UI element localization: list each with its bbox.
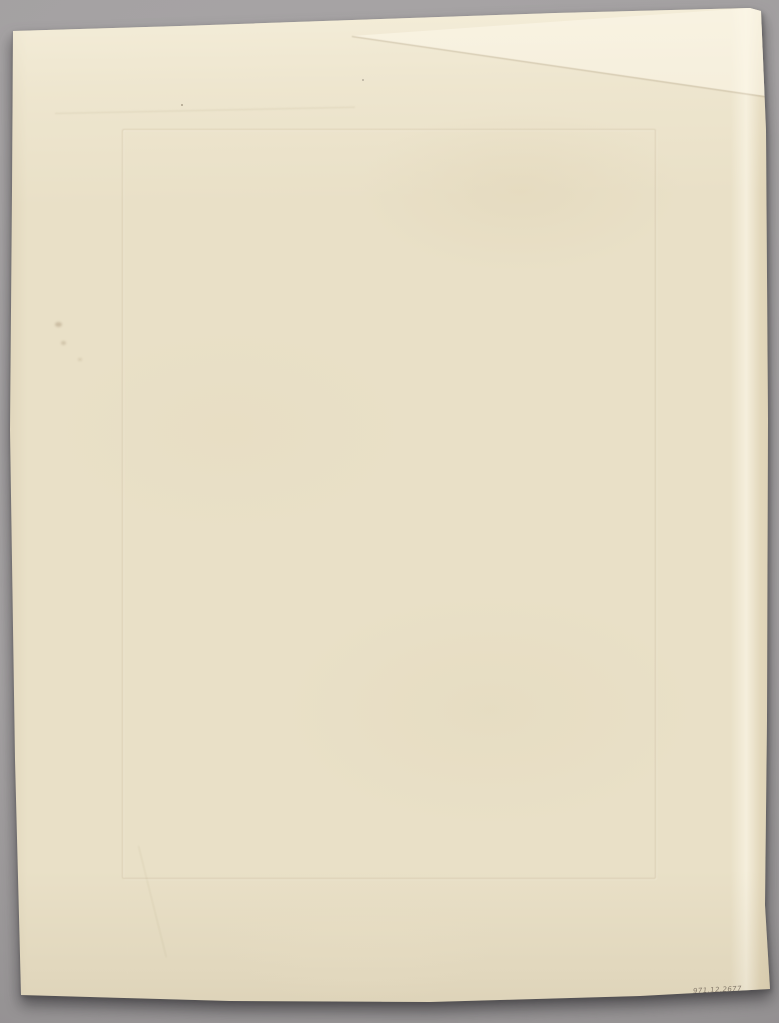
accession-number-inscription: 971.12.2677 <box>693 985 742 996</box>
paper-speck <box>362 79 364 81</box>
foxing-spot <box>55 322 62 327</box>
plate-mark-impression <box>122 129 656 879</box>
paper-sheet: 971.12.2677 <box>0 0 779 1023</box>
foxing-spot <box>78 358 82 361</box>
foxing-spot <box>61 341 66 345</box>
paper-sheet-shadow: 971.12.2677 <box>0 0 779 1023</box>
horizontal-crease-line <box>55 107 355 114</box>
photo-backdrop: 971.12.2677 <box>0 0 779 1023</box>
paper-speck <box>181 104 183 106</box>
